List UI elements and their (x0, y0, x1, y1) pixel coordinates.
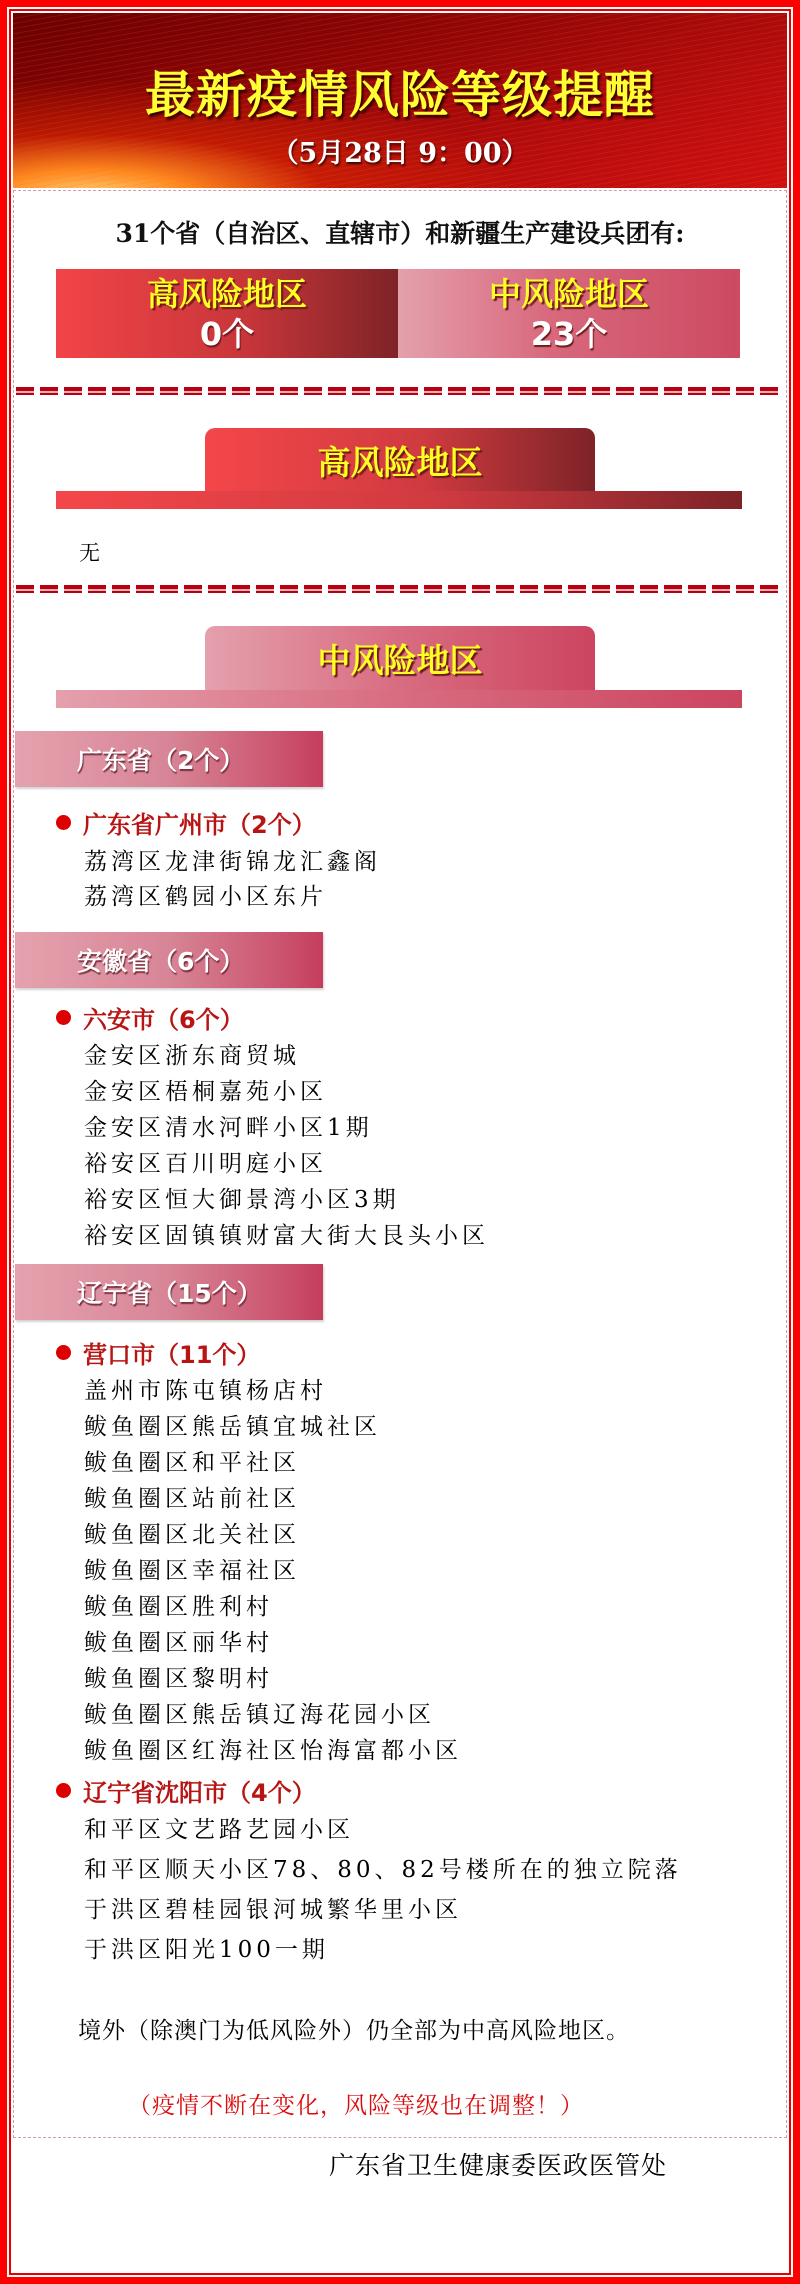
high-risk-section-header: 高风险地区 (205, 428, 595, 492)
city-label: 营口市（11个） (83, 1335, 260, 1370)
high-risk-summary-count: 0个 (200, 314, 254, 354)
city-heading-guangzhou: 广东省广州市（2个） (56, 805, 316, 840)
area-entry: 鲅鱼圈区黎明村 (84, 1660, 273, 1693)
area-entry: 鲅鱼圈区幸福社区 (84, 1552, 300, 1585)
risk-summary: 高风险地区 0个 中风险地区 23个 (56, 269, 740, 358)
area-entry: 鲅鱼圈区胜利村 (84, 1588, 273, 1621)
divider (16, 585, 784, 593)
province-label: 安徽省（6个） (77, 942, 244, 978)
area-entry: 裕安区百川明庭小区 (84, 1145, 327, 1178)
area-entry: 金安区浙东商贸城 (84, 1037, 300, 1070)
province-header-liaoning: 辽宁省（15个） (15, 1264, 323, 1320)
area-entry: 鲅鱼圈区站前社区 (84, 1480, 300, 1513)
medium-risk-summary: 中风险地区 23个 (398, 269, 740, 358)
high-risk-section-bar (56, 491, 742, 509)
area-entry: 盖州市陈屯镇杨店村 (84, 1372, 327, 1405)
area-entry: 鲅鱼圈区丽华村 (84, 1624, 273, 1657)
province-header-guangdong: 广东省（2个） (15, 731, 323, 787)
area-entry: 荔湾区鹤园小区东片 (84, 878, 327, 911)
intro-text: 31个省（自治区、直辖市）和新疆生产建设兵团有: (0, 214, 800, 250)
area-entry: 鲅鱼圈区熊岳镇宜城社区 (84, 1408, 381, 1441)
medium-risk-section-title: 中风险地区 (318, 635, 483, 682)
area-entry: 荔湾区龙津街锦龙汇鑫阁 (84, 843, 381, 876)
overseas-note: 境外（除澳门为低风险外）仍全部为中高风险地区。 (78, 2012, 630, 2045)
area-entry: 于洪区阳光100一期 (84, 1931, 329, 1964)
page-title: 最新疫情风险等级提醒 (13, 55, 787, 127)
area-entry: 裕安区固镇镇财富大街大艮头小区 (84, 1217, 489, 1250)
update-time: （5月28日 9：00） (13, 131, 787, 170)
signature: 广东省卫生健康委医政医管处 (329, 2146, 667, 2182)
province-label: 广东省（2个） (77, 741, 244, 777)
city-heading-shenyang: 辽宁省沈阳市（4个） (56, 1773, 316, 1808)
area-entry: 裕安区恒大御景湾小区3期 (84, 1181, 400, 1214)
area-entry: 和平区文艺路艺园小区 (84, 1811, 354, 1844)
medium-risk-section-bar (56, 690, 742, 708)
area-entry: 金安区梧桐嘉苑小区 (84, 1073, 327, 1106)
area-entry: 鲅鱼圈区北关社区 (84, 1516, 300, 1549)
city-label: 广东省广州市（2个） (83, 805, 316, 840)
province-label: 辽宁省（15个） (77, 1274, 262, 1310)
high-risk-summary-label: 高风险地区 (147, 274, 307, 314)
area-entry: 鲅鱼圈区熊岳镇辽海花园小区 (84, 1696, 435, 1729)
high-risk-summary: 高风险地区 0个 (56, 269, 398, 358)
divider (16, 387, 784, 395)
high-risk-section-title: 高风险地区 (318, 437, 483, 484)
area-entry: 于洪区碧桂园银河城繁华里小区 (84, 1891, 462, 1924)
medium-risk-section-header: 中风险地区 (205, 626, 595, 690)
city-heading-luan: 六安市（6个） (56, 1000, 244, 1035)
medium-risk-summary-label: 中风险地区 (489, 274, 649, 314)
medium-risk-summary-count: 23个 (531, 314, 608, 354)
header-banner: 最新疫情风险等级提醒 （5月28日 9：00） (13, 13, 787, 188)
bullet-icon (56, 1345, 71, 1360)
city-heading-yingkou: 营口市（11个） (56, 1335, 260, 1370)
area-entry: 鲅鱼圈区红海社区怡海富都小区 (84, 1732, 462, 1765)
warning-text: （疫情不断在变化，风险等级也在调整！） (128, 2087, 584, 2120)
area-entry: 鲅鱼圈区和平社区 (84, 1444, 300, 1477)
city-label: 辽宁省沈阳市（4个） (83, 1773, 316, 1808)
high-risk-none: 无 (79, 537, 100, 567)
city-label: 六安市（6个） (83, 1000, 244, 1035)
bullet-icon (56, 1010, 71, 1025)
bullet-icon (56, 815, 71, 830)
area-entry: 和平区顺天小区78、80、82号楼所在的独立院落 (84, 1851, 682, 1884)
area-entry: 金安区清水河畔小区1期 (84, 1109, 373, 1142)
bullet-icon (56, 1783, 71, 1798)
province-header-anhui: 安徽省（6个） (15, 932, 323, 988)
